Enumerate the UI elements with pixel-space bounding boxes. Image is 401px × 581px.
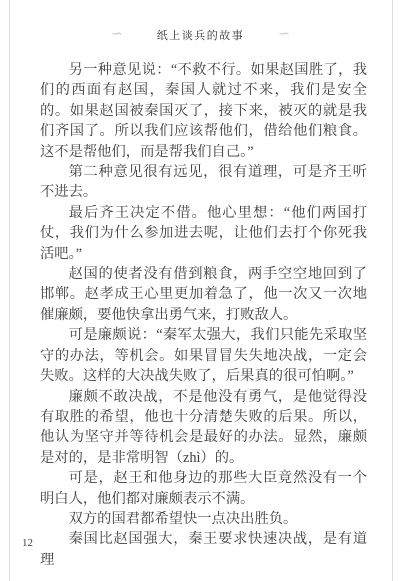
paragraph: 可是廉颇说：“秦军太强大，我们只能先采取坚守的办法，等机会。如果冒冒失失地决战，… bbox=[40, 325, 367, 386]
paragraph: 秦国比赵国强大，秦王要求快速决战，是有道理 bbox=[40, 529, 367, 570]
book-page: ∽ 纸上谈兵的故事 ∽ 另一种意见说：“不救不行。如果赵国胜了，我们的西面有赵国… bbox=[0, 0, 401, 581]
page-edge-left bbox=[9, 0, 10, 581]
swirl-ornament-left-icon: ∽ bbox=[111, 28, 123, 42]
chapter-title: 纸上谈兵的故事 bbox=[157, 27, 245, 43]
paragraph: 廉颇不敢决战，不是他没有勇气，是他觉得没有取胜的希望，他也十分清楚失败的后果。所… bbox=[40, 387, 367, 469]
paragraph: 另一种意见说：“不救不行。如果赵国胜了，我们的西面有赵国，秦国人就过不来，我们是… bbox=[40, 60, 367, 162]
page-edge-right bbox=[392, 0, 393, 581]
paragraph: 双方的国君都希望快一点决出胜负。 bbox=[40, 509, 367, 529]
paragraph: 第二种意见很有远见，很有道理，可是齐王听不进去。 bbox=[40, 162, 367, 203]
running-header: ∽ 纸上谈兵的故事 ∽ bbox=[0, 27, 401, 43]
paragraph: 可是，赵王和他身边的那些大臣竟然没有一个明白人，他们都对廉颇表示不满。 bbox=[40, 468, 367, 509]
paragraph: 赵国的使者没有借到粮食，两手空空地回到了邯郸。赵孝成王心里更加着急了，他一次又一… bbox=[40, 264, 367, 325]
body-text: 另一种意见说：“不救不行。如果赵国胜了，我们的西面有赵国，秦国人就过不来，我们是… bbox=[40, 60, 367, 570]
paragraph: 最后齐王决定不借。他心里想：“他们两国打仗，我们为什么参加进去呢，让他们去打个你… bbox=[40, 203, 367, 264]
swirl-ornament-right-icon: ∽ bbox=[278, 28, 290, 42]
page-number: 12 bbox=[22, 537, 33, 549]
